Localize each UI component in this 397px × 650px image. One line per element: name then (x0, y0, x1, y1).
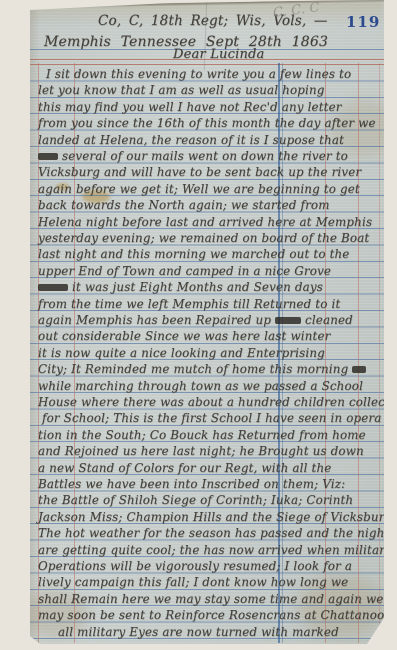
line-text: lively campaign this fall; I dont know h… (38, 575, 348, 589)
crossed-out-blot (38, 153, 58, 160)
letter-line: from the time we left Memphis till Retur… (38, 297, 340, 311)
crossed-out-blot (352, 366, 366, 373)
line-text: House where there was about a hundred ch… (38, 395, 397, 409)
letter-line: several of our mails went on down the ri… (38, 149, 348, 163)
letter-line: Helena night before last and arrived her… (38, 215, 372, 229)
line-text: Battles we have been into Inscribed on t… (38, 477, 345, 491)
letter-line: I sit down this evening to write you a f… (46, 67, 351, 81)
letter-line: Battles we have been into Inscribed on t… (38, 477, 345, 491)
letter-line: are getting quite cool; the has now arri… (38, 543, 392, 557)
line-text: all military Eyes are now turned with ma… (58, 625, 339, 639)
letter-line: landed at Helena, the reason of it is I … (38, 133, 344, 147)
line-text: this may find you well I have not Rec'd … (38, 100, 342, 114)
line-text: several of our mails went on down the ri… (58, 149, 348, 163)
line-text: the Battle of Shiloh Siege of Corinth; I… (38, 493, 353, 507)
letter-line: it was just Eight Months and Seven days (38, 280, 323, 294)
letter-line: it is now quite a nice looking and Enter… (38, 346, 325, 360)
line-text: it is now quite a nice looking and Enter… (38, 346, 325, 360)
letter-line: The hot weather for the season has passe… (38, 526, 396, 540)
letter-line: and Rejoined us here last night; he Brou… (38, 444, 364, 458)
line-text: and Rejoined us here last night; he Brou… (38, 444, 364, 458)
letter-line: from you since the 16th of this month th… (38, 116, 376, 130)
salutation: Dear Lucinda (173, 47, 265, 62)
line-text: from the time we left Memphis till Retur… (38, 297, 340, 311)
crossed-out-blot (275, 317, 301, 324)
line-text: again before we get it; Well we are begi… (38, 182, 360, 196)
line-text: The hot weather for the season has passe… (38, 526, 396, 540)
line-text: from you since the 16th of this month th… (38, 116, 376, 130)
line-text: shall Remain here we may stay some time … (38, 592, 384, 606)
line-text: tion in the South; Co Bouck has Returned… (38, 428, 366, 442)
line-text: Vicksburg and will have to be sent back … (38, 165, 361, 179)
line-text: out considerable Since we was here last … (38, 329, 330, 343)
line-text: Operations will be vigorously resumed; I… (38, 559, 352, 573)
letter-line: upper End of Town and camped in a nice G… (38, 264, 331, 278)
line-text: it was just Eight Months and Seven days (68, 280, 323, 294)
letter-line: while marching through town as we passed… (38, 379, 363, 393)
letter-line: City; It Reminded me mutch of home this … (38, 362, 366, 376)
letter-line: a new Stand of Colors for our Regt, with… (38, 461, 331, 475)
letter-line: the Battle of Shiloh Siege of Corinth; I… (38, 493, 353, 507)
line-text: upper End of Town and camped in a nice G… (38, 264, 331, 278)
letter-line: back towards the North again; we started… (38, 198, 330, 212)
line-text: are getting quite cool; the has now arri… (38, 543, 392, 557)
letter-line: all military Eyes are now turned with ma… (58, 625, 339, 639)
crossed-out-blot (38, 284, 68, 291)
line-text: may soon be sent to Reinforce Rosencrans… (38, 608, 397, 622)
line-text: while marching through town as we passed… (38, 379, 363, 393)
letter-line: lively campaign this fall; I dont know h… (38, 575, 348, 589)
letter-line: out considerable Since we was here last … (38, 329, 330, 343)
line-text: let you know that I am as well as usual … (38, 83, 325, 97)
line-text: again Memphis has been Repaired up (38, 313, 275, 327)
scanned-letter-page: Co, C, 18th Regt; Wis, Vols, — C. C. C 1… (0, 0, 397, 650)
line-text: a new Stand of Colors for our Regt, with… (38, 461, 331, 475)
letter-line: for School; This is the first School I h… (42, 411, 382, 425)
letter-line: House where there was about a hundred ch… (38, 395, 397, 409)
line-text: City; It Reminded me mutch of home this … (38, 362, 352, 376)
letter-line: Vicksburg and will have to be sent back … (38, 165, 361, 179)
letter-line: again before we get it; Well we are begi… (38, 182, 360, 196)
letter-line: this may find you well I have not Rec'd … (38, 100, 342, 114)
letter-line: shall Remain here we may stay some time … (38, 592, 384, 606)
letter-line: Jackson Miss; Champion Hills and the Sie… (38, 510, 392, 524)
line-text: landed at Helena, the reason of it is I … (38, 133, 344, 147)
letter-line: tion in the South; Co Bouck has Returned… (38, 428, 366, 442)
letter-line: last night and this morning we marched o… (38, 247, 350, 261)
line-text: Helena night before last and arrived her… (38, 215, 372, 229)
letter-line: Operations will be vigorously resumed; I… (38, 559, 352, 573)
page-number: 119 (346, 13, 380, 31)
line-text: yesterday evening; we remained on board … (38, 231, 369, 245)
letter-line: may soon be sent to Reinforce Rosencrans… (38, 608, 397, 622)
letter-line: yesterday evening; we remained on board … (38, 231, 369, 245)
line-text: cleaned (301, 313, 353, 327)
letter-paper: Co, C, 18th Regt; Wis, Vols, — C. C. C 1… (30, 0, 384, 644)
line-text: for School; This is the first School I h… (42, 411, 382, 425)
line-text: last night and this morning we marched o… (38, 247, 350, 261)
line-text: Jackson Miss; Champion Hills and the Sie… (38, 510, 392, 524)
letter-line: again Memphis has been Repaired up clean… (38, 313, 353, 327)
line-text: back towards the North again; we started… (38, 198, 330, 212)
letter-line: let you know that I am as well as usual … (38, 83, 325, 97)
line-text: I sit down this evening to write you a f… (46, 67, 351, 81)
